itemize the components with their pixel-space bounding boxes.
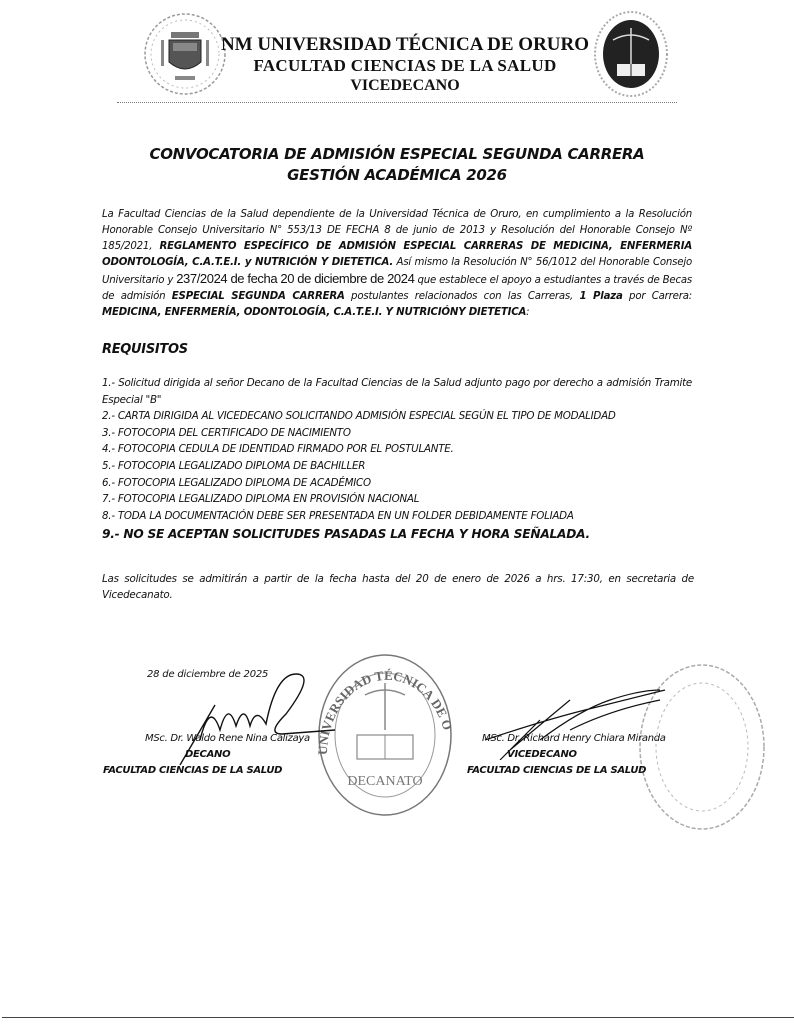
- intro-bold-places: 1 Plaza: [579, 291, 622, 302]
- intro-text: :: [526, 307, 529, 318]
- university-name: NM UNIVERSIDAD TÉCNICA DE ORURO: [195, 34, 615, 56]
- decano-faculty: FACULTAD CIENCIAS DE LA SALUD: [103, 763, 343, 779]
- header-divider: [117, 102, 677, 103]
- footer-divider: [2, 1017, 794, 1018]
- title-line-2: GESTIÓN ACADÉMICA 2026: [0, 165, 794, 186]
- faculty-name: FACULTAD CIENCIAS DE LA SALUD: [195, 56, 615, 76]
- intro-bold-type: ESPECIAL SEGUNDA CARRERA: [172, 291, 345, 302]
- requirement-item: 3.- FOTOCOPIA DEL CERTIFICADO DE NACIMIE…: [102, 425, 702, 442]
- vicedecano-name: MSc. Dr. Richard Henry Chiara Miranda: [467, 731, 727, 747]
- requirement-item: 4.- FOTOCOPIA CEDULA DE IDENTIDAD FIRMAD…: [102, 441, 702, 458]
- letterhead: NM UNIVERSIDAD TÉCNICA DE ORURO FACULTAD…: [135, 8, 675, 108]
- decano-name: MSc. Dr. Waldo Rene Nina Calizaya: [103, 731, 343, 747]
- office-name: VICEDECANO: [195, 76, 615, 96]
- requirement-item: 7.- FOTOCOPIA LEGALIZADO DIPLOMA EN PROV…: [102, 491, 702, 508]
- decano-signature-block: MSc. Dr. Waldo Rene Nina Calizaya DECANO…: [103, 731, 343, 779]
- letterhead-text: NM UNIVERSIDAD TÉCNICA DE ORURO FACULTAD…: [195, 34, 615, 96]
- intro-text: postulantes relacionados con las Carrera…: [345, 291, 580, 302]
- intro-bold-careers: MEDICINA, ENFERMERÍA, ODONTOLOGÍA, C.A.T…: [102, 307, 526, 318]
- vicedecano-signature-block: MSc. Dr. Richard Henry Chiara Miranda VI…: [467, 731, 727, 779]
- decano-role: DECANO: [103, 747, 343, 763]
- requirement-item: 6.- FOTOCOPIA LEGALIZADO DIPLOMA DE ACAD…: [102, 475, 702, 492]
- intro-resolution-date: 237/2024 de fecha 20 de diciembre de 202…: [176, 271, 414, 286]
- requirement-item: 1.- Solicitud dirigida al señor Decano d…: [102, 375, 692, 408]
- intro-paragraph: La Facultad Ciencias de la Salud dependi…: [102, 207, 692, 321]
- svg-text:DECANATO: DECANATO: [347, 774, 422, 789]
- closing-paragraph: Las solicitudes se admitirán a partir de…: [102, 571, 694, 603]
- requirement-item: 8.- TODA LA DOCUMENTACIÓN DEBE SER PRESE…: [102, 508, 702, 525]
- requirement-item: 5.- FOTOCOPIA LEGALIZADO DIPLOMA DE BACH…: [102, 458, 702, 475]
- vicedecano-role: VICEDECANO: [467, 747, 727, 763]
- document-title: CONVOCATORIA DE ADMISIÓN ESPECIAL SEGUND…: [0, 144, 794, 186]
- title-line-1: CONVOCATORIA DE ADMISIÓN ESPECIAL SEGUND…: [0, 144, 794, 165]
- requirement-item-warning: 9.- NO SE ACEPTAN SOLICITUDES PASADAS LA…: [102, 524, 702, 544]
- faculty-seal-icon: [591, 8, 671, 100]
- vicedecano-faculty: FACULTAD CIENCIAS DE LA SALUD: [467, 763, 727, 779]
- requirements-heading: REQUISITOS: [102, 342, 188, 357]
- requirement-item: 2.- CARTA DIRIGIDA AL VICEDECANO SOLICIT…: [102, 408, 702, 425]
- requirements-list: 1.- Solicitud dirigida al señor Decano d…: [102, 375, 702, 544]
- intro-text: por Carrera:: [623, 291, 692, 302]
